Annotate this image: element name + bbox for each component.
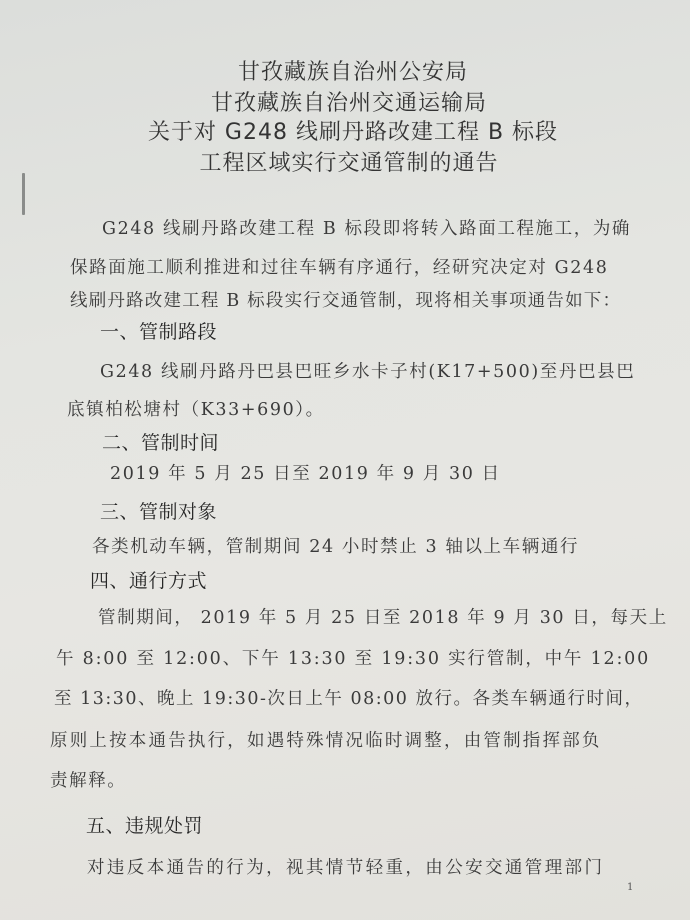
title-line-3: 关于对 G248 线刷丹路改建工程 B 标段: [8, 115, 690, 146]
page-number: 1: [627, 882, 633, 893]
intro-line-3: 线刷丹路改建工程 B 标段实行交通管制，现将相关事项通告如下：: [70, 287, 621, 312]
section-heading-3: 三、管制对象: [100, 497, 217, 524]
section-4-line-1: 管制期间， 2019 年 5 月 25 日至 2018 年 9 月 30 日，每…: [98, 604, 668, 629]
section-1-line-1: G248 线刷丹路丹巴县巴旺乡水卡子村(K17+500)至丹巴县巴: [100, 358, 635, 383]
section-heading-2: 二、管制时间: [102, 428, 219, 455]
section-heading-4: 四、通行方式: [90, 566, 207, 593]
title-line-2: 甘孜藏族自治州交通运输局: [4, 86, 690, 117]
document-page: 甘孜藏族自治州公安局 甘孜藏族自治州交通运输局 关于对 G248 线刷丹路改建工…: [0, 0, 690, 920]
section-heading-5: 五、违规处罚: [86, 811, 203, 838]
section-4-line-4: 原则上按本通告执行，如遇特殊情况临时调整，由管制指挥部负: [50, 727, 602, 752]
section-3-line-1: 各类机动车辆，管制期间 24 小时禁止 3 轴以上车辆通行: [92, 533, 579, 558]
title-line-4: 工程区域实行交通管制的通告: [4, 146, 690, 177]
section-4-line-2: 午 8:00 至 12:00、下午 13:30 至 19:30 实行管制，中午 …: [56, 645, 650, 670]
title-line-1: 甘孜藏族自治州公安局: [8, 55, 690, 86]
section-5-line-1: 对违反本通告的行为，视其情节轻重，由公安交通管理部门: [87, 854, 604, 879]
binding-mark: [22, 173, 25, 215]
section-1-line-2: 底镇柏松塘村（K33+690）。: [67, 396, 325, 421]
intro-line-1: G248 线刷丹路改建工程 B 标段即将转入路面工程施工，为确: [102, 215, 631, 240]
section-4-line-3: 至 13:30、晚上 19:30-次日上午 08:00 放行。各类车辆通行时间，: [54, 685, 643, 710]
section-heading-1: 一、管制路段: [100, 317, 217, 344]
section-4-line-5: 责解释。: [50, 767, 126, 792]
intro-line-2: 保路面施工顺利推进和过往车辆有序通行，经研究决定对 G248: [70, 254, 608, 279]
section-2-line-1: 2019 年 5 月 25 日至 2019 年 9 月 30 日: [110, 460, 501, 485]
